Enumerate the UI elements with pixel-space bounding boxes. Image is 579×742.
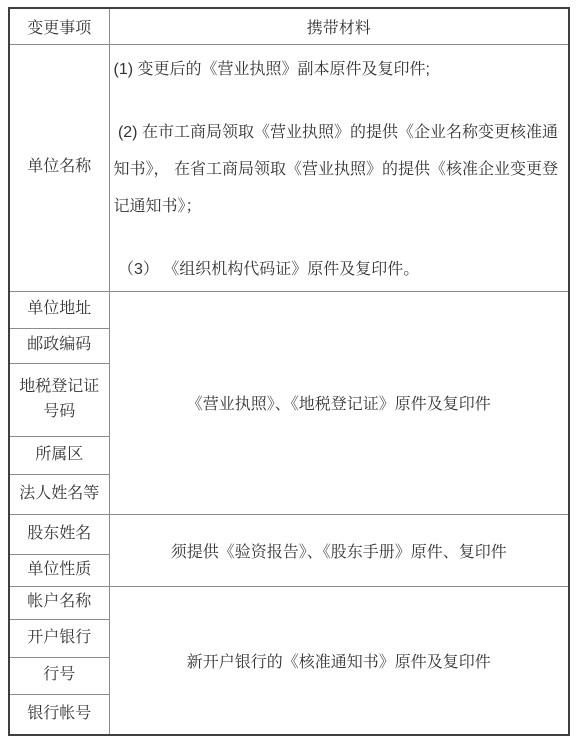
table-row: 股东姓名 须提供《验资报告》、《股东手册》原件、复印件 bbox=[9, 514, 569, 554]
header-change-item: 变更事项 bbox=[9, 8, 109, 44]
row-label-district: 所属区 bbox=[9, 436, 109, 474]
materials-license-taxreg: 《营业执照》、《地税登记证》原件及复印件 bbox=[109, 291, 569, 514]
table-row: 单位地址 《营业执照》、《地税登记证》原件及复印件 bbox=[9, 291, 569, 328]
table-row: 帐户名称 新开户银行的《核准通知书》原件及复印件 bbox=[9, 586, 569, 619]
row-label-tax-reg-number: 地税登记证 号码 bbox=[9, 363, 109, 436]
row-label-opening-bank: 开户银行 bbox=[9, 619, 109, 657]
change-materials-table: 变更事项 携带材料 单位名称 (1) 变更后的《营业执照》副本原件及复印件; (… bbox=[8, 7, 570, 736]
material-paragraph-2: (2) 在市工商局领取《营业执照》的提供《企业名称变更核准通知书》， 在省工商局… bbox=[114, 114, 563, 225]
row-label-bank-branch-number: 行号 bbox=[9, 657, 109, 694]
row-label-unit-nature: 单位性质 bbox=[9, 554, 109, 586]
header-materials: 携带材料 bbox=[109, 8, 569, 44]
row-label-postal-code: 邮政编码 bbox=[9, 328, 109, 363]
row-label-account-name: 帐户名称 bbox=[9, 586, 109, 619]
materials-unit-name: (1) 变更后的《营业执照》副本原件及复印件; (2) 在市工商局领取《营业执照… bbox=[109, 44, 569, 291]
material-paragraph-1: (1) 变更后的《营业执照》副本原件及复印件; bbox=[114, 51, 563, 88]
row-label-shareholder-name: 股东姓名 bbox=[9, 514, 109, 554]
page: 变更事项 携带材料 单位名称 (1) 变更后的《营业执照》副本原件及复印件; (… bbox=[0, 0, 579, 742]
row-label-bank-account-number: 银行帐号 bbox=[9, 694, 109, 735]
material-paragraph-3: （3） 《组织机构代码证》原件及复印件。 bbox=[114, 251, 563, 288]
materials-capital-verification: 须提供《验资报告》、《股东手册》原件、复印件 bbox=[109, 514, 569, 586]
table-row: 单位名称 (1) 变更后的《营业执照》副本原件及复印件; (2) 在市工商局领取… bbox=[9, 44, 569, 291]
row-label-unit-name: 单位名称 bbox=[9, 44, 109, 291]
table-header-row: 变更事项 携带材料 bbox=[9, 8, 569, 44]
materials-new-bank-notice: 新开户银行的《核准通知书》原件及复印件 bbox=[109, 586, 569, 735]
row-label-unit-address: 单位地址 bbox=[9, 291, 109, 328]
row-label-legal-rep-name: 法人姓名等 bbox=[9, 474, 109, 514]
